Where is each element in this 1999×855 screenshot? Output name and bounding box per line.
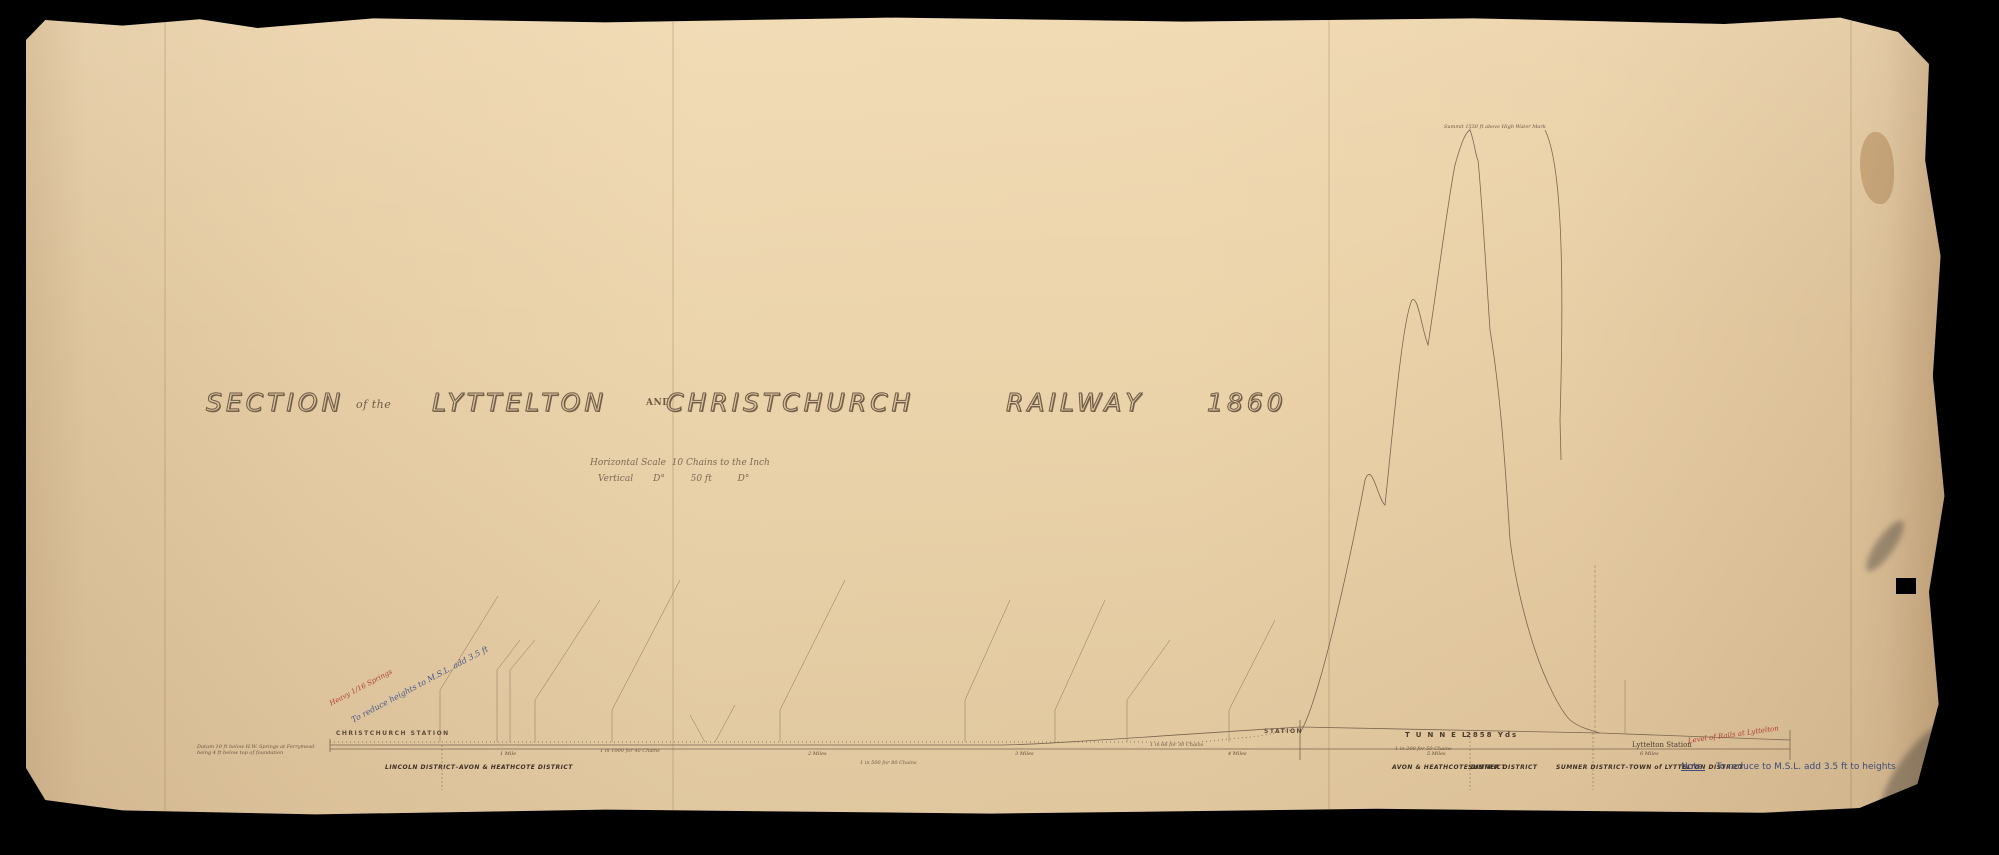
gradient-label: 1 in 500 for 80 Chains [860, 760, 917, 766]
heathcote-station-label: STATION [1264, 728, 1303, 735]
mile-markers: 1 Mile 2 Miles 3 Miles 4 Miles 5 Miles 6… [500, 751, 1659, 757]
summit-label: Summit 1550 ft above High Water Mark [1444, 124, 1546, 130]
ground-line [330, 728, 1300, 742]
christchurch-station-label: CHRISTCHURCH STATION [336, 730, 450, 737]
district-label: SUMNER DISTRICT [1468, 764, 1537, 771]
district-boundaries [442, 733, 1593, 790]
gradient-label: 1 in 66 for 30 Chains [1150, 742, 1203, 748]
note-text: To reduce to M.S.L. add 3.5 ft to height… [1716, 762, 1896, 772]
secondary-ridge [1545, 130, 1562, 460]
rail-level-line [330, 727, 1790, 745]
annotation-leaders [440, 128, 1625, 742]
mile-marker: 2 Miles [807, 751, 827, 757]
mountain-profile [1300, 130, 1600, 733]
note-heading: Note. [1681, 762, 1705, 772]
lyttelton-station-label: Lyttelton Station [1632, 741, 1692, 749]
datum-sublabel: being 4 ft below top of foundation [197, 750, 283, 756]
tunnel-label: TUNNEL [1405, 731, 1472, 739]
mile-marker: 1 Mile [500, 751, 516, 757]
district-label: LINCOLN DISTRICT–AVON & HEATHCOTE DISTRI… [385, 764, 573, 771]
gradient-label: 1 in 200 for 50 Chains [1395, 746, 1452, 752]
mile-marker: 6 Miles [1640, 751, 1659, 757]
mile-marker: 4 Miles [1227, 751, 1247, 757]
mile-marker: 3 Miles [1015, 751, 1034, 757]
msl-note: Note. To reduce to M.S.L. add 3.5 ft to … [1681, 762, 1896, 772]
tunnel-length: 2858 Yds [1466, 731, 1518, 739]
gradient-label: 1 in 1000 for 40 Chains [600, 748, 660, 754]
railway-profile-drawing: 1 Mile 2 Miles 3 Miles 4 Miles 5 Miles 6… [0, 0, 1999, 855]
